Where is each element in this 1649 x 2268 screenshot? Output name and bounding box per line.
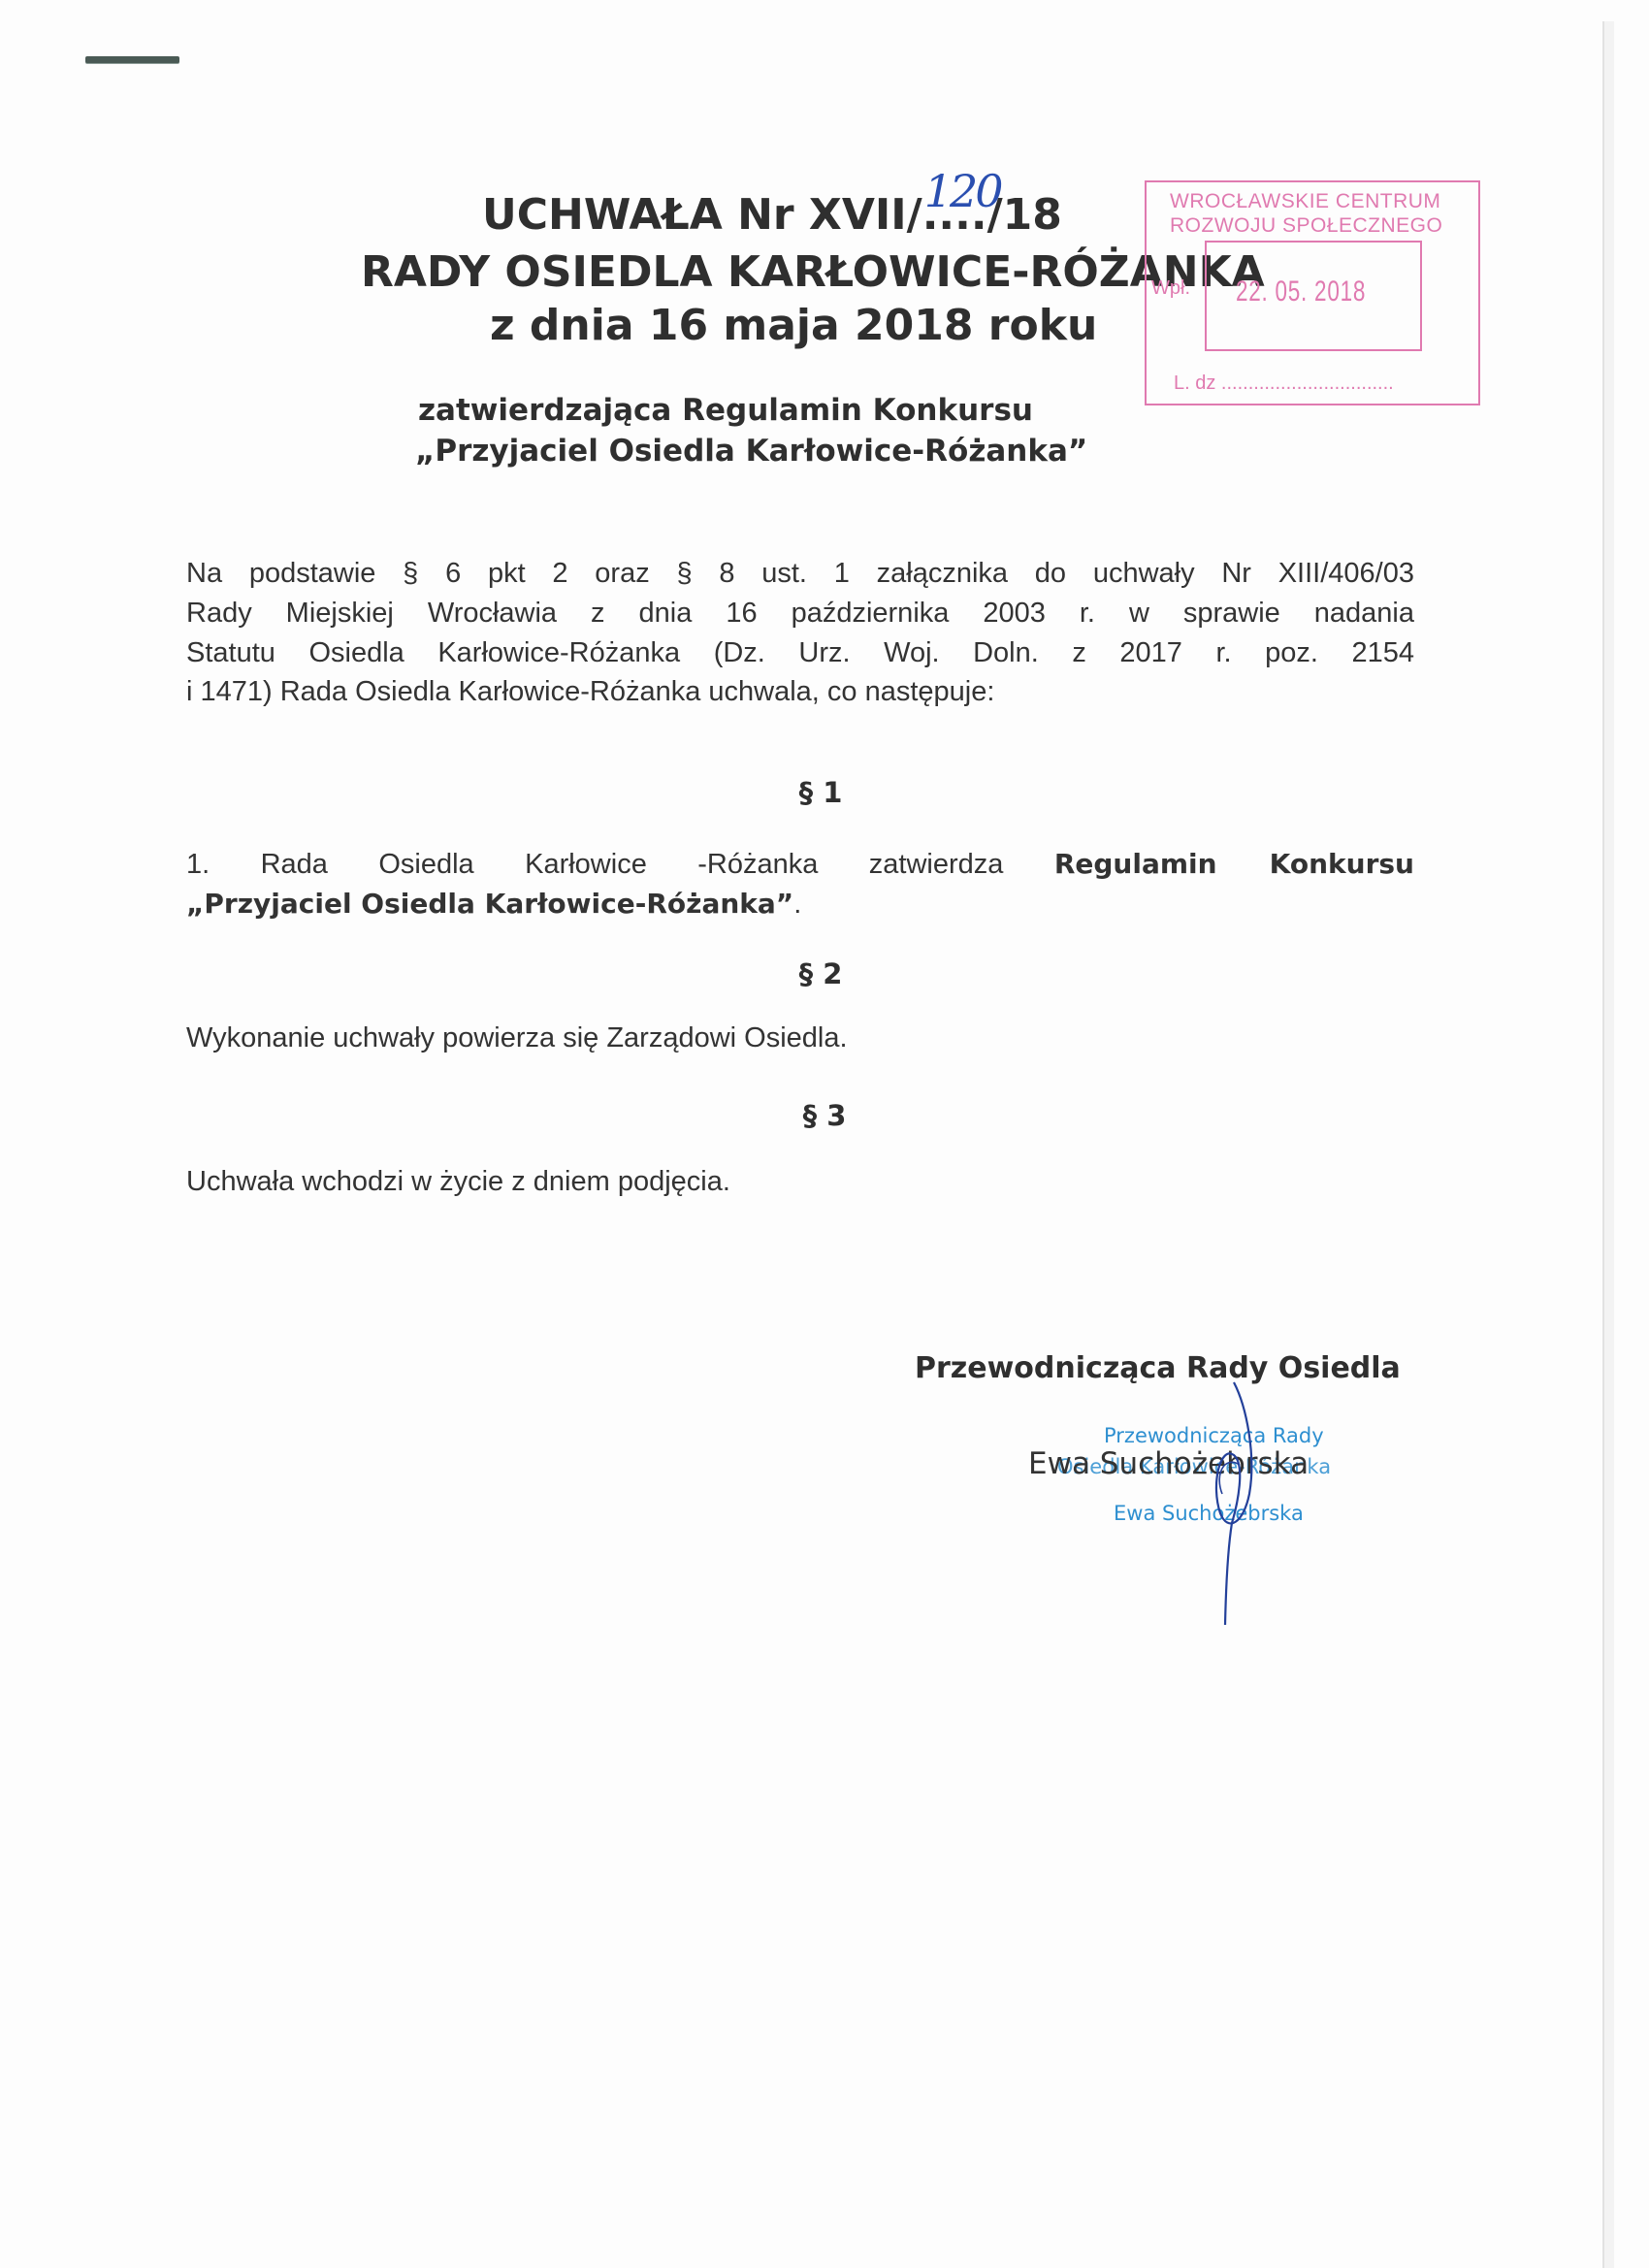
staple-mark [85,56,179,63]
section-1-line1: 1. Rada Osiedla Karłowice -Różanka zatwi… [186,845,1414,885]
subtitle-line2: „Przyjaciel Osiedla Karłowice-Różanka” [415,434,1087,469]
resolution-date-title: z dnia 16 maja 2018 roku [490,301,1097,350]
section-1-heading: § 1 [0,776,1645,809]
signatory-title: Przewodnicząca Rady Osiedla [915,1351,1401,1385]
resolution-number-slot: ....120 [922,190,987,240]
title-prefix: UCHWAŁA Nr XVII/ [482,190,922,240]
intro-line: Na podstawie § 6 pkt 2 oraz § 8 ust. 1 z… [186,554,1414,594]
legal-basis-paragraph: Na podstawie § 6 pkt 2 oraz § 8 ust. 1 z… [186,554,1414,712]
stamp-org-line1: WROCŁAWSKIE CENTRUM [1170,190,1440,213]
stamp-received-label: Wpł. [1151,277,1190,300]
section-1-line2: „Przyjaciel Osiedla Karłowice-Różanka”. [186,885,1414,924]
intro-line: Rady Miejskiej Wrocławia z dnia 16 paźdz… [186,594,1414,633]
section-1-plain: 1. Rada Osiedla Karłowice -Różanka zatwi… [186,849,1054,880]
stamp-received-date: 22. 05. 2018 [1236,275,1366,308]
handwritten-signature [1164,1377,1280,1630]
receipt-stamp: WROCŁAWSKIE CENTRUM ROZWOJU SPOŁECZNEGO … [1145,180,1480,405]
council-name-title: RADY OSIEDLA KARŁOWICE-RÓŻANKA [361,247,1265,297]
subtitle-line1: zatwierdzająca Regulamin Konkursu [418,393,1033,428]
section-1-text: 1. Rada Osiedla Karłowice -Różanka zatwi… [186,845,1414,924]
handwritten-number: 120 [924,165,1001,217]
section-1-bold-2: „Przyjaciel Osiedla Karłowice-Różanka” [186,888,793,920]
scan-edge-line [1602,21,1604,2268]
section-3-heading: § 3 [0,1099,1649,1132]
section-3-text: Uchwała wchodzi w życie z dniem podjęcia… [186,1162,1414,1202]
section-1-bold-1: Regulamin Konkursu [1054,848,1414,880]
section-2-text: Wykonanie uchwały powierza się Zarządowi… [186,1019,1414,1058]
scan-edge-shadow [1604,21,1614,2268]
intro-line: i 1471) Rada Osiedla Karłowice-Różanka u… [186,672,1414,712]
intro-line: Statutu Osiedla Karłowice-Różanka (Dz. U… [186,633,1414,673]
scanned-document-page: UCHWAŁA Nr XVII/....120/18 RADY OSIEDLA … [0,0,1649,2268]
section-1-end: . [793,889,801,920]
stamp-ref-label: L. dz ................................ [1174,373,1394,395]
section-2-heading: § 2 [0,957,1645,990]
stamp-org-line2: ROZWOJU SPOŁECZNEGO [1170,214,1442,238]
